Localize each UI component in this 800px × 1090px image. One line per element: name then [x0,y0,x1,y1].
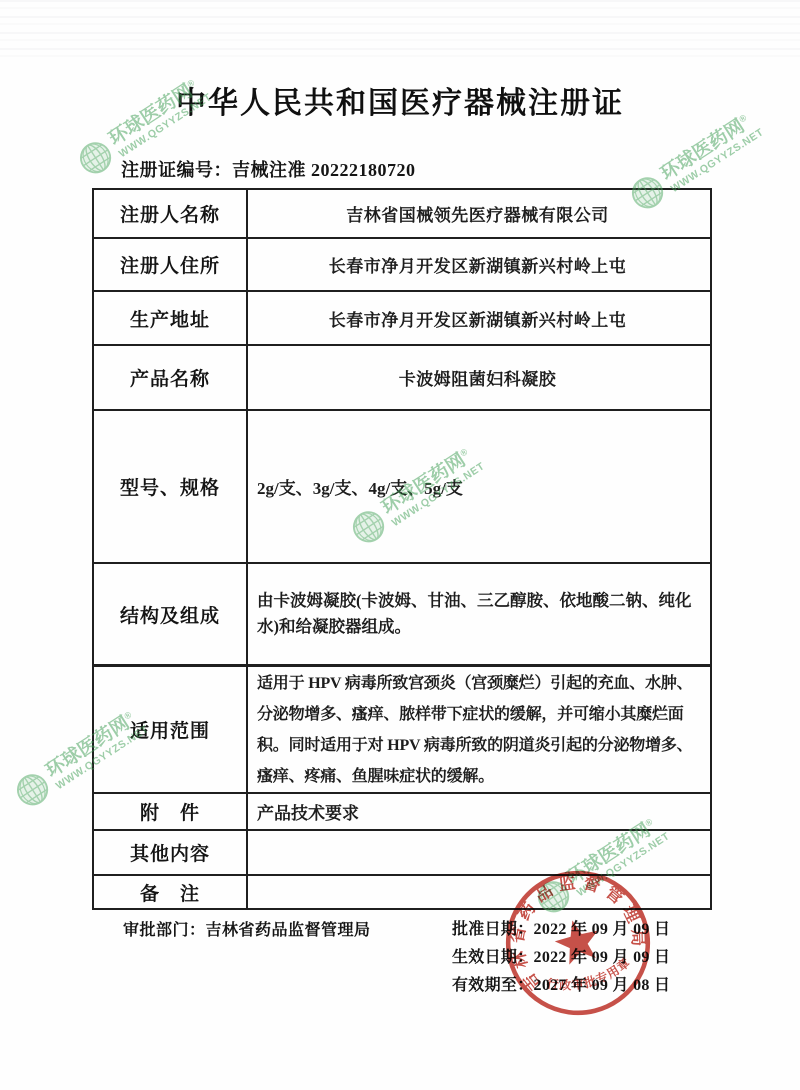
approval-department-value: 吉林省药品监督管理局 [206,922,371,939]
table-row-product-name: 产品名称 卡波姆阻菌妇科凝胶 [94,344,710,409]
date-block: 批准日期：2022 年 09 月 09 日 生效日期：2022 年 09 月 0… [452,916,670,1000]
row-label: 适用范围 [94,667,248,792]
expiry-date-line: 有效期至：2027 年 09 月 08 日 [452,972,670,1000]
row-label: 型号、规格 [94,411,248,562]
row-label: 结构及组成 [94,564,248,664]
row-label: 注册人住所 [94,239,248,290]
row-value: 由卡波姆凝胶(卡波姆、甘油、三乙醇胺、依地酸二钠、纯化水)和给凝胶器组成。 [248,564,710,664]
certificate-number-value: 吉械注准 20222180720 [232,160,416,180]
certificate-number-label: 注册证编号： [121,160,232,180]
row-label: 备 注 [94,876,248,908]
row-label: 附 件 [94,794,248,829]
table-row-remarks: 备 注 [94,874,710,908]
table-row-model-spec: 型号、规格 2g/支、3g/支、4g/支、5g/支 [94,409,710,562]
page-title: 中华人民共和国医疗器械注册证 [0,78,800,122]
row-label: 其他内容 [94,831,248,874]
row-value: 长春市净月开发区新湖镇新兴村岭上屯 [248,292,710,344]
approval-department-line: 审批部门：吉林省药品监督管理局 [123,917,371,940]
table-row-production-address: 生产地址 长春市净月开发区新湖镇新兴村岭上屯 [94,290,710,344]
table-row-intended-use: 适用范围 适用于 HPV 病毒所致宫颈炎（宫颈糜烂）引起的充血、水肿、分泌物增多… [94,664,710,792]
certificate-page: 中华人民共和国医疗器械注册证 注册证编号：吉械注准 20222180720 注册… [0,0,800,1090]
table-row-structure-composition: 结构及组成 由卡波姆凝胶(卡波姆、甘油、三乙醇胺、依地酸二钠、纯化水)和给凝胶器… [94,562,710,664]
effective-date-line: 生效日期：2022 年 09 月 09 日 [452,944,670,972]
certificate-number-line: 注册证编号：吉械注准 20222180720 [121,156,416,182]
registration-table: 注册人名称 吉林省国械领先医疗器械有限公司 注册人住所 长春市净月开发区新湖镇新… [92,188,712,910]
watermark-text: 环球医药网® WWW.QGYYZS.NET [658,109,766,195]
table-row-registrant-address: 注册人住所 长春市净月开发区新湖镇新兴村岭上屯 [94,237,710,290]
approval-date-line: 批准日期：2022 年 09 月 09 日 [452,916,670,944]
row-value: 产品技术要求 [248,794,710,829]
approval-department-label: 审批部门： [123,922,206,939]
table-row-registrant-name: 注册人名称 吉林省国械领先医疗器械有限公司 [94,190,710,237]
row-value: 长春市净月开发区新湖镇新兴村岭上屯 [248,239,710,290]
row-value [248,831,710,874]
table-row-attachment: 附 件 产品技术要求 [94,792,710,829]
row-value [248,876,710,908]
row-label: 生产地址 [94,292,248,344]
row-value: 2g/支、3g/支、4g/支、5g/支 [248,411,710,562]
scan-artifact-streaks [0,0,800,60]
row-label: 注册人名称 [94,190,248,237]
table-row-other-content: 其他内容 [94,829,710,874]
globe-icon [72,134,119,181]
row-label: 产品名称 [94,346,248,409]
globe-icon [9,766,56,813]
row-value: 卡波姆阻菌妇科凝胶 [248,346,710,409]
row-value: 吉林省国械领先医疗器械有限公司 [248,190,710,237]
row-value: 适用于 HPV 病毒所致宫颈炎（宫颈糜烂）引起的充血、水肿、分泌物增多、瘙痒、脓… [248,667,710,792]
